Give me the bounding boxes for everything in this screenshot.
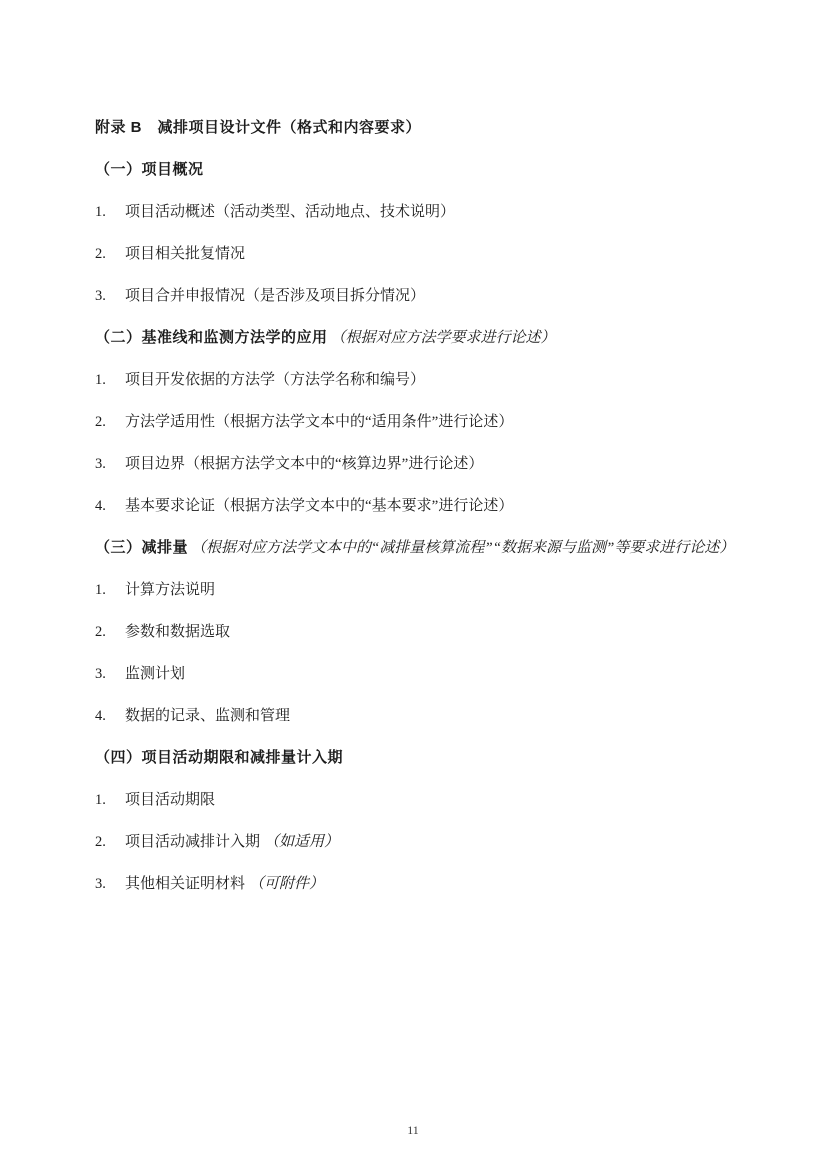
item-text: 方法学适用性（根据方法学文本中的“适用条件”进行论述） bbox=[125, 414, 513, 430]
list-item: 3.监测计划 bbox=[95, 653, 746, 695]
list-item: 2.参数和数据选取 bbox=[95, 611, 746, 653]
item-number: 3. bbox=[95, 443, 125, 485]
item-number: 2. bbox=[95, 611, 125, 653]
section-heading-1: （一）项目概况 bbox=[95, 149, 746, 191]
item-number: 2. bbox=[95, 233, 125, 275]
item-number: 2. bbox=[95, 401, 125, 443]
section-heading-note: （根据对应方法学要求进行论述） bbox=[331, 330, 556, 346]
section-heading-text: （四）项目活动期限和减排量计入期 bbox=[95, 749, 343, 766]
list-item: 1.项目活动期限 bbox=[95, 779, 746, 821]
item-number: 1. bbox=[95, 779, 125, 821]
list-item: 3.项目合并申报情况（是否涉及项目拆分情况） bbox=[95, 275, 746, 317]
document-body: 附录 B 减排项目设计文件（格式和内容要求） （一）项目概况 1.项目活动概述（… bbox=[95, 107, 746, 905]
item-text: 项目边界（根据方法学文本中的“核算边界”进行论述） bbox=[125, 456, 483, 472]
section-heading-note: （根据对应方法学文本中的“减排量核算流程”“数据来源与监测”等要求进行论述） bbox=[191, 540, 734, 556]
item-text: 其他相关证明材料 bbox=[125, 876, 245, 892]
section-heading-text: （一）项目概况 bbox=[95, 161, 204, 178]
list-item: 3.项目边界（根据方法学文本中的“核算边界”进行论述） bbox=[95, 443, 746, 485]
item-text: 项目开发依据的方法学（方法学名称和编号） bbox=[125, 372, 425, 388]
section-heading-text: （三）减排量 bbox=[95, 539, 188, 556]
item-note: （可附件） bbox=[249, 876, 324, 892]
list-item: 3.其他相关证明材料（可附件） bbox=[95, 863, 746, 905]
list-item: 1.项目活动概述（活动类型、活动地点、技术说明） bbox=[95, 191, 746, 233]
list-item: 4.基本要求论证（根据方法学文本中的“基本要求”进行论述） bbox=[95, 485, 746, 527]
list-item: 4.数据的记录、监测和管理 bbox=[95, 695, 746, 737]
item-number: 3. bbox=[95, 863, 125, 905]
item-number: 1. bbox=[95, 569, 125, 611]
item-text: 项目合并申报情况（是否涉及项目拆分情况） bbox=[125, 288, 425, 304]
item-number: 1. bbox=[95, 359, 125, 401]
item-text: 项目相关批复情况 bbox=[125, 246, 245, 262]
item-note: （如适用） bbox=[264, 834, 339, 850]
section-heading-2: （二）基准线和监测方法学的应用（根据对应方法学要求进行论述） bbox=[95, 317, 746, 359]
item-text: 项目活动概述（活动类型、活动地点、技术说明） bbox=[125, 204, 455, 220]
item-text: 计算方法说明 bbox=[125, 582, 215, 598]
document-page: 附录 B 减排项目设计文件（格式和内容要求） （一）项目概况 1.项目活动概述（… bbox=[0, 0, 826, 1169]
item-number: 2. bbox=[95, 821, 125, 863]
section-heading-text: （二）基准线和监测方法学的应用 bbox=[95, 329, 328, 346]
section-heading-3: （三）减排量（根据对应方法学文本中的“减排量核算流程”“数据来源与监测”等要求进… bbox=[95, 527, 746, 569]
item-number: 3. bbox=[95, 653, 125, 695]
item-text: 监测计划 bbox=[125, 666, 185, 682]
item-text: 基本要求论证（根据方法学文本中的“基本要求”进行论述） bbox=[125, 498, 513, 514]
list-item: 1.项目开发依据的方法学（方法学名称和编号） bbox=[95, 359, 746, 401]
item-number: 4. bbox=[95, 485, 125, 527]
item-text: 项目活动期限 bbox=[125, 792, 215, 808]
item-number: 1. bbox=[95, 191, 125, 233]
list-item: 2.项目活动减排计入期（如适用） bbox=[95, 821, 746, 863]
list-item: 2.方法学适用性（根据方法学文本中的“适用条件”进行论述） bbox=[95, 401, 746, 443]
list-item: 1.计算方法说明 bbox=[95, 569, 746, 611]
item-text: 数据的记录、监测和管理 bbox=[125, 708, 290, 724]
document-title: 附录 B 减排项目设计文件（格式和内容要求） bbox=[95, 107, 746, 149]
list-item: 2.项目相关批复情况 bbox=[95, 233, 746, 275]
item-number: 4. bbox=[95, 695, 125, 737]
item-text: 参数和数据选取 bbox=[125, 624, 230, 640]
page-number: 11 bbox=[0, 1123, 826, 1138]
item-text: 项目活动减排计入期 bbox=[125, 834, 260, 850]
section-heading-4: （四）项目活动期限和减排量计入期 bbox=[95, 737, 746, 779]
item-number: 3. bbox=[95, 275, 125, 317]
